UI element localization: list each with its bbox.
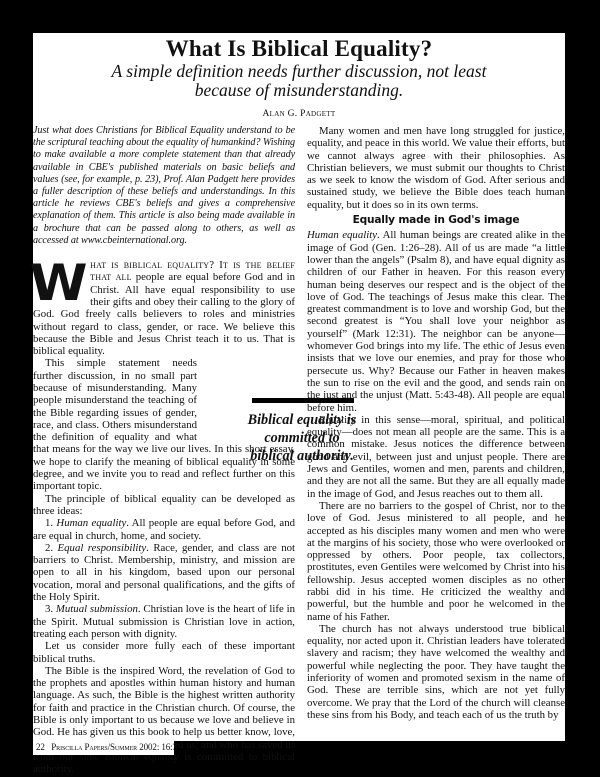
idea-term: Mutual submission — [56, 603, 138, 615]
pull-quote-text: Biblical equality is committed to biblic… — [246, 411, 358, 465]
paragraph: Human equality. All human beings are cre… — [307, 229, 565, 413]
article-page: What Is Biblical Equality? A simple defi… — [33, 33, 565, 741]
idea-item-2: 2. Equal responsibility. Race, gender, a… — [33, 542, 295, 603]
paragraph: Many women and men have long struggled f… — [307, 125, 565, 211]
page-footer: 22 Priscilla Papers/Summer 2002: 16:3 — [33, 741, 174, 755]
opening-paragraph: What is biblical equality? It is the bel… — [33, 259, 295, 357]
page-number: 22 — [36, 742, 45, 752]
idea-term: Human equality — [56, 517, 126, 529]
idea-number: 3. — [45, 603, 56, 615]
publication-name: Priscilla Papers — [51, 742, 107, 752]
footer-text: 22 Priscilla Papers/Summer 2002: 16:3 — [36, 742, 177, 752]
paragraph-text: . All human beings are created alike in … — [307, 229, 565, 413]
idea-item-1: 1. Human equality. All people are equal … — [33, 517, 295, 542]
idea-number: 1. — [45, 517, 56, 529]
paragraph: The principle of biblical equality can b… — [33, 493, 295, 518]
idea-term: Equal responsibility — [58, 542, 147, 554]
article-title: What Is Biblical Equality? — [33, 36, 565, 62]
paragraph: The church has not always understood tru… — [307, 623, 565, 721]
article-subtitle: A simple definition needs further discus… — [93, 62, 505, 100]
article-author: Alan G. Padgett — [33, 109, 565, 119]
pull-quote-rule — [252, 398, 354, 403]
section-heading: Equally made in God's image — [307, 214, 565, 226]
intro-paragraph: Just what does Christians for Biblical E… — [33, 125, 295, 247]
paragraph-term: Human equality — [307, 229, 377, 241]
pull-quote: Biblical equality is committed to biblic… — [246, 398, 358, 465]
idea-number: 2. — [45, 542, 58, 554]
issue-info: /Summer 2002: 16:3 — [108, 742, 177, 752]
drop-cap: W — [30, 261, 88, 305]
paragraph: Let us consider more fully each of these… — [33, 640, 295, 665]
idea-item-3: 3. Mutual submission. Christian love is … — [33, 603, 295, 640]
paragraph: There are no barriers to the gospel of C… — [307, 500, 565, 623]
paragraph: The Bible is the inspired Word, the reve… — [33, 665, 295, 776]
